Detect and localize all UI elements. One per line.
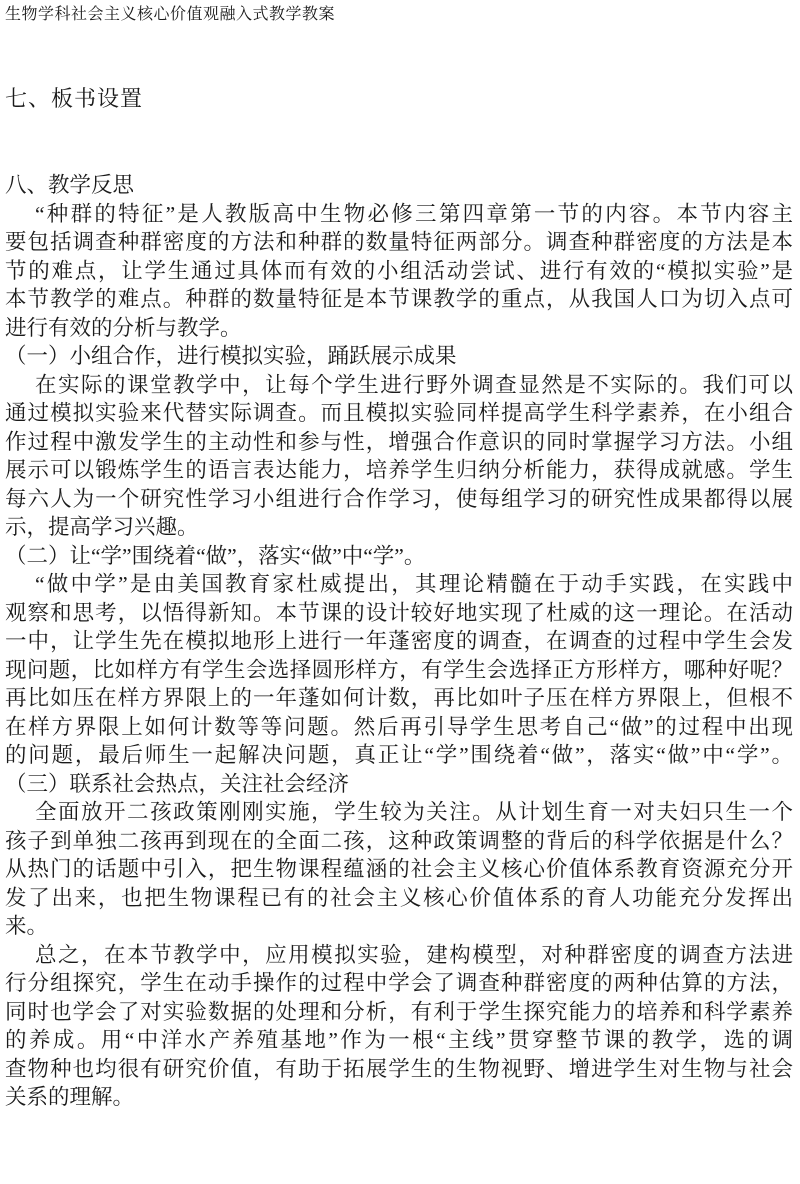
text-line: 的问题，最后师生一起解决问题，真正让“学”围绕着“做”，落实“做”中“学”。 <box>5 741 793 770</box>
document-page: 生物学科社会主义核心价值观融入式教学教案 七、板书设置 八、教学反思“种群的特征… <box>0 0 800 1184</box>
text-line: 进行有效的分析与教学。 <box>5 314 793 343</box>
text-line: 发了出来，也把生物课程已有的社会主义核心价值体系的育人功能充分发挥出 <box>5 884 793 913</box>
text-line: “种群的特征”是人教版高中生物必修三第四章第一节的内容。本节内容主 <box>5 200 793 229</box>
text-line: 在实际的课堂教学中，让每个学生进行野外调查显然是不实际的。我们可以 <box>5 371 793 400</box>
text-line: 现问题，比如样方有学生会选择圆形样方，有学生会选择正方形样方，哪种好呢？ <box>5 656 793 685</box>
text-line: 从热门的话题中引入，把生物课程蕴涵的社会主义核心价值体系教育资源充分开 <box>5 855 793 884</box>
text-line: 再比如压在样方界限上的一年蓬如何计数，再比如叶子压在样方界限上，但根不 <box>5 684 793 713</box>
text-line: 孩子到单独二孩再到现在的全面二孩，这种政策调整的背后的科学依据是什么？ <box>5 827 793 856</box>
text-line: 总之，在本节教学中，应用模拟实验，建构模型，对种群密度的调查方法进 <box>5 941 793 970</box>
text-line: 每六人为一个研究性学习小组进行合作学习，使每组学习的研究性成果都得以展 <box>5 485 793 514</box>
text-line: 同时也学会了对实验数据的处理和分析，有利于学生探究能力的培养和科学素养 <box>5 998 793 1027</box>
text-line: 展示可以锻炼学生的语言表达能力，培养学生归纳分析能力，获得成就感。学生 <box>5 456 793 485</box>
section-heading-reflection: 八、教学反思 <box>5 171 793 200</box>
subsection-heading-3: （三）联系社会热点，关注社会经济 <box>5 770 793 799</box>
text-line: 作过程中激发学生的主动性和参与性，增强合作意识的同时掌握学习方法。小组 <box>5 428 793 457</box>
text-line: 在样方界限上如何计数等等问题。然后再引导学生思考自己“做”的过程中出现 <box>5 713 793 742</box>
text-line: 行分组探究，学生在动手操作的过程中学会了调查种群密度的两种估算的方法， <box>5 969 793 998</box>
text-line: 的养成。用“中洋水产养殖基地”作为一根“主线”贯穿整节课的教学，选的调 <box>5 1026 793 1055</box>
text-line: “做中学”是由美国教育家杜威提出，其理论精髓在于动手实践，在实践中 <box>5 570 793 599</box>
text-line: 通过模拟实验来代替实际调查。而且模拟实验同样提高学生科学素养，在小组合 <box>5 399 793 428</box>
text-line: 一中，让学生先在模拟地形上进行一年蓬密度的调查，在调查的过程中学生会发 <box>5 627 793 656</box>
text-line: 来。 <box>5 912 793 941</box>
section-heading-board-design: 七、板书设置 <box>5 85 793 113</box>
document-body: 八、教学反思“种群的特征”是人教版高中生物必修三第四章第一节的内容。本节内容主要… <box>5 171 793 1112</box>
subsection-heading-2: （二）让“学”围绕着“做”，落实“做”中“学”。 <box>5 542 793 571</box>
text-line: 节的难点，让学生通过具体而有效的小组活动尝试、进行有效的“模拟实验”是 <box>5 257 793 286</box>
text-line: 关系的理解。 <box>5 1083 793 1112</box>
text-line: 要包括调查种群密度的方法和种群的数量特征两部分。调查种群密度的方法是本 <box>5 228 793 257</box>
text-line: 查物种也均很有研究价值，有助于拓展学生的生物视野、增进学生对生物与社会 <box>5 1055 793 1084</box>
text-line: 本节教学的难点。种群的数量特征是本节课教学的重点，从我国人口为切入点可 <box>5 285 793 314</box>
subsection-heading-1: （一）小组合作，进行模拟实验，踊跃展示成果 <box>5 342 793 371</box>
text-line: 观察和思考，以悟得新知。本节课的设计较好地实现了杜威的这一理论。在活动 <box>5 599 793 628</box>
text-line: 全面放开二孩政策刚刚实施，学生较为关注。从计划生育一对夫妇只生一个 <box>5 798 793 827</box>
text-line: 示，提高学习兴趣。 <box>5 513 793 542</box>
document-header: 生物学科社会主义核心价值观融入式教学教案 <box>5 6 793 24</box>
